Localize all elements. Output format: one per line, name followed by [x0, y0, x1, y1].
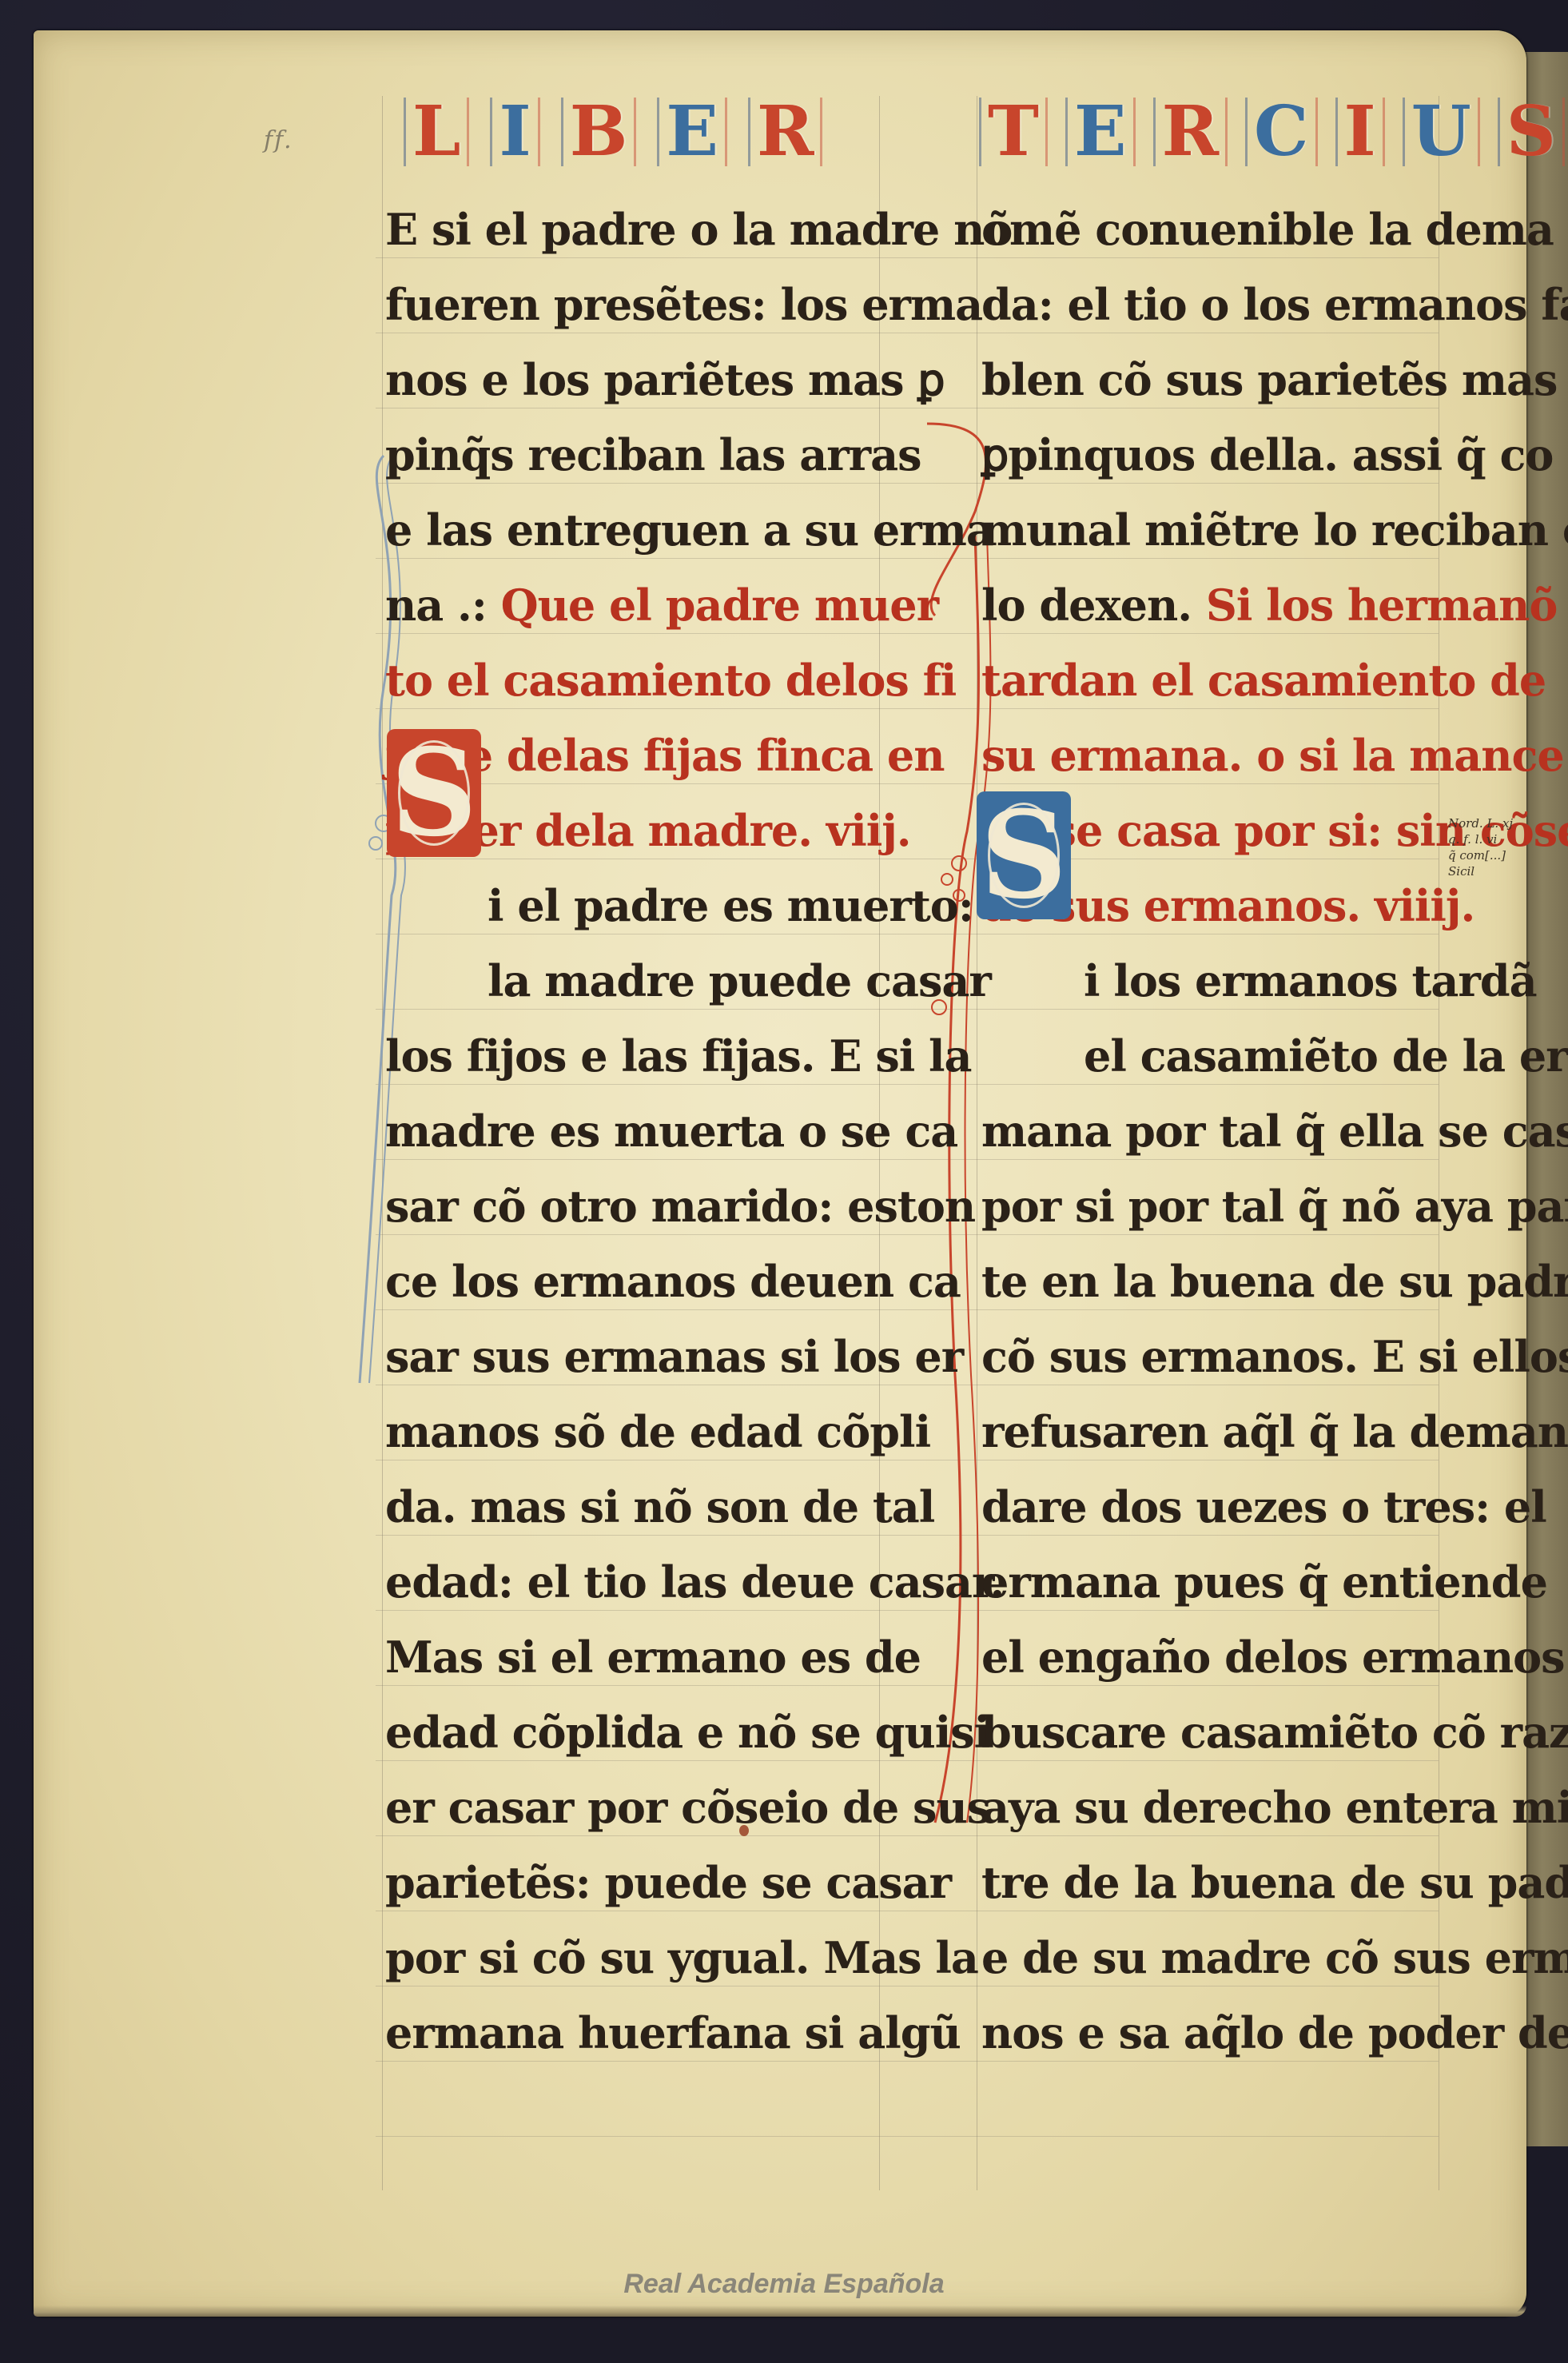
initial-swirl-ornament	[988, 803, 1060, 908]
text-column-right: omẽ conuenible la demada: el tio o los e…	[981, 192, 1568, 2070]
manuscript-line: munal miẽtre lo reciban o	[981, 492, 1568, 568]
manuscript-line: na .: Que el padre muer	[385, 568, 1012, 643]
manuscript-line: ce los ermanos deuen ca	[385, 1244, 1012, 1319]
manuscript-line: pinq̃s reciban las arras	[385, 417, 1012, 492]
watermark: Real Academia Española	[0, 2269, 1568, 2300]
manuscript-line: refusaren aq̃l q̃ la deman	[981, 1394, 1568, 1469]
running-title-right: TERCIUS	[979, 94, 1565, 166]
running-title-capital: E	[1065, 98, 1136, 166]
manuscript-line: lo dexen. Si los hermanõ	[981, 568, 1568, 643]
manuscript-line: te en la buena de su padre	[981, 1244, 1568, 1319]
running-title-capital: B	[561, 98, 637, 166]
manuscript-line: blen cõ sus parietẽs mas	[981, 342, 1568, 417]
initial-swirl-ornament	[398, 740, 470, 846]
manuscript-line: por si cõ su ygual. Mas la	[385, 1920, 1012, 1995]
manuscript-line: la madre puede casar	[385, 943, 1012, 1018]
manuscript-line: i el padre es muerto:	[385, 868, 1012, 943]
manuscript-line: mana por tal q̃ ella se case	[981, 1094, 1568, 1169]
manuscript-line: ermana pues q̃ entiende	[981, 1544, 1568, 1620]
marginal-annotation-line: q. f. l. vi	[1448, 831, 1522, 847]
decorated-initial-s-blue: S	[977, 791, 1071, 919]
manuscript-line: sar cõ otro marido: eston	[385, 1169, 1012, 1244]
running-title-capital: R	[1153, 98, 1228, 166]
manuscript-line: dare dos uezes o tres: el	[981, 1469, 1568, 1544]
manuscript-line: i los ermanos tardã	[981, 943, 1568, 1018]
decorated-initial-s-red: S	[387, 729, 481, 857]
manuscript-line: da. mas si nõ son de tal	[385, 1469, 1012, 1544]
manuscript-line: E si el padre o la madre nõ	[385, 192, 1012, 267]
ink-stain	[739, 1825, 749, 1836]
manuscript-line: edad cõplida e nõ se quisi	[385, 1695, 1012, 1770]
manuscript-line: edad: el tio las deue casar.	[385, 1544, 1012, 1620]
manuscript-line: los fijos e las fijas. E si la	[385, 1018, 1012, 1094]
manuscript-line: buscare casamiẽto cõ razõ:	[981, 1695, 1568, 1770]
manuscript-line: Mas si el ermano es de	[385, 1620, 1012, 1695]
manuscript-line: sar sus ermanas si los er	[385, 1319, 1012, 1394]
manuscript-line: ꝑpinquos della. assi q̃ co	[981, 417, 1568, 492]
marginal-annotation-line: Nord. L. xj	[1448, 815, 1522, 831]
marginal-annotation-line: q̃ com[...] Sicil	[1448, 847, 1522, 879]
manuscript-line: omẽ conuenible la dema	[981, 192, 1568, 267]
running-title-capital: S	[1498, 98, 1565, 166]
rubric-text: Si los hermanõ	[1206, 580, 1558, 631]
manuscript-line: e de su madre cõ sus erma	[981, 1920, 1568, 1995]
running-title-capital: R	[748, 98, 822, 166]
manuscript-line: el casamiẽto de la er	[981, 1018, 1568, 1094]
manuscript-line: su ermana. o si la mance	[981, 718, 1568, 793]
running-title-capital: L	[404, 98, 469, 166]
manuscript-line: el engaño delos ermanos.	[981, 1620, 1568, 1695]
running-title-capital: T	[979, 98, 1048, 166]
folio-mark: ff.	[264, 126, 293, 154]
manuscript-line: madre es muerta o se ca	[385, 1094, 1012, 1169]
manuscript-line: cõ sus ermanos. E si ellos	[981, 1319, 1568, 1394]
running-title-capital: C	[1245, 98, 1317, 166]
text-column-left: E si el padre o la madre nõfueren presẽt…	[385, 192, 1012, 2070]
ruling-line	[376, 2136, 1439, 2137]
manuscript-line: er casar por cõseio de sus	[385, 1770, 1012, 1845]
running-title-left: LIBER	[404, 94, 822, 166]
manuscript-line: tardan el casamiento de	[981, 643, 1568, 718]
manuscript-line: da: el tio o los ermanos fa	[981, 267, 1568, 342]
manuscript-line: aya su derecho entera miẽ	[981, 1770, 1568, 1845]
manuscript-line: tre de la buena de su padre	[981, 1845, 1568, 1920]
manuscript-line: fueren presẽtes: los erma	[385, 267, 1012, 342]
marginal-annotation: Nord. L. xjq. f. l. viq̃ com[...] Sicil	[1448, 815, 1522, 879]
manuscript-line: manos sõ de edad cõpli	[385, 1394, 1012, 1469]
manuscript-line: e las entreguen a su erma	[385, 492, 1012, 568]
manuscript-line: por si por tal q̃ nõ aya par	[981, 1169, 1568, 1244]
manuscript-line: nos e sa aq̃lo de poder de sus	[981, 1995, 1568, 2070]
manuscript-line: ermana huerfana si algũ	[385, 1995, 1012, 2070]
running-title-capital: U	[1403, 98, 1480, 166]
manuscript-line: nos e los pariẽtes mas ꝑ	[385, 342, 1012, 417]
rubric-text: Que el padre muer	[501, 580, 938, 631]
manuscript-line: to el casamiento delos fi	[385, 643, 1012, 718]
manuscript-line: parietẽs: puede se casar	[385, 1845, 1012, 1920]
running-title-capital: I	[490, 98, 539, 166]
running-title-capital: I	[1335, 98, 1385, 166]
running-title-capital: E	[657, 98, 727, 166]
